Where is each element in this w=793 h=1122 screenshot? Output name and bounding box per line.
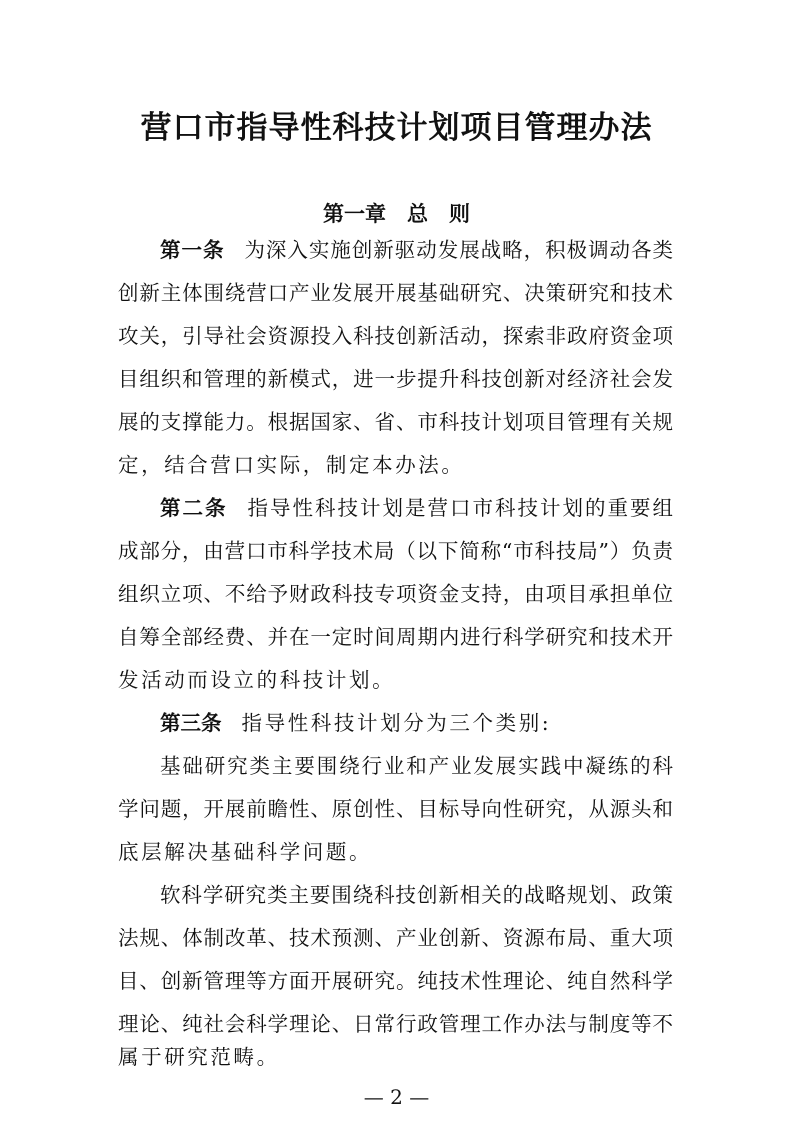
article-2-line-2: 成部分，由营口市科学技术局（以下简称“市科技局”）负责	[118, 534, 673, 564]
article-1-line-3: 攻关，引导社会资源投入科技创新活动，探索非政府资金项	[118, 319, 673, 349]
chapter-heading: 第一章 总 则	[0, 198, 793, 228]
article-2-line-3: 组织立项、不给予财政科技专项资金支持，由项目承担单位	[118, 577, 673, 607]
basic-research-line-2: 学问题，开展前瞻性、原创性、目标导向性研究，从源头和	[118, 792, 673, 822]
article-2-text: 指导性科技计划是营口市科技计划的重要组	[248, 496, 674, 520]
article-2-line-4: 自筹全部经费、并在一定时间周期内进行科学研究和技术开	[118, 620, 673, 650]
article-2-line-1: 第二条指导性科技计划是营口市科技计划的重要组	[160, 491, 673, 521]
article-3-label: 第三条	[160, 711, 222, 735]
soft-science-line-2: 法规、体制改革、技术预测、产业创新、资源布局、重大项	[118, 921, 673, 951]
article-3-text: 指导性科技计划分为三个类别:	[242, 711, 552, 735]
document-title: 营口市指导性科技计划项目管理办法	[0, 102, 793, 147]
article-1-line-5: 展的支撑能力。根据国家、省、市科技计划项目管理有关规	[118, 405, 673, 435]
article-3-line-1: 第三条指导性科技计划分为三个类别:	[160, 706, 673, 736]
soft-science-line-3: 目、创新管理等方面开展研究。纯技术性理论、纯自然科学	[118, 964, 673, 994]
article-1-line-6: 定，结合营口实际，制定本办法。	[118, 448, 673, 478]
article-2-line-5: 发活动而设立的科技计划。	[118, 663, 673, 693]
article-2-label: 第二条	[160, 496, 228, 520]
article-1-text: 为深入实施创新驱动发展战略，积极调动各类	[244, 238, 673, 262]
soft-science-line-5: 属于研究范畴。	[118, 1040, 673, 1070]
page-number: — 2 —	[0, 1085, 793, 1109]
soft-science-line-1: 软科学研究类主要围绕科技创新相关的战略规划、政策	[160, 878, 673, 908]
article-1-label: 第一条	[160, 238, 224, 262]
article-1-line-1: 第一条为深入实施创新驱动发展战略，积极调动各类	[160, 233, 673, 263]
article-1-line-2: 创新主体围绕营口产业发展开展基础研究、决策研究和技术	[118, 276, 673, 306]
article-1-line-4: 目组织和管理的新模式，进一步提升科技创新对经济社会发	[118, 362, 673, 392]
basic-research-line-1: 基础研究类主要围绕行业和产业发展实践中凝练的科	[160, 749, 673, 779]
basic-research-line-3: 底层解决基础科学问题。	[118, 835, 673, 865]
soft-science-line-4: 理论、纯社会科学理论、日常行政管理工作办法与制度等不	[118, 1007, 673, 1037]
